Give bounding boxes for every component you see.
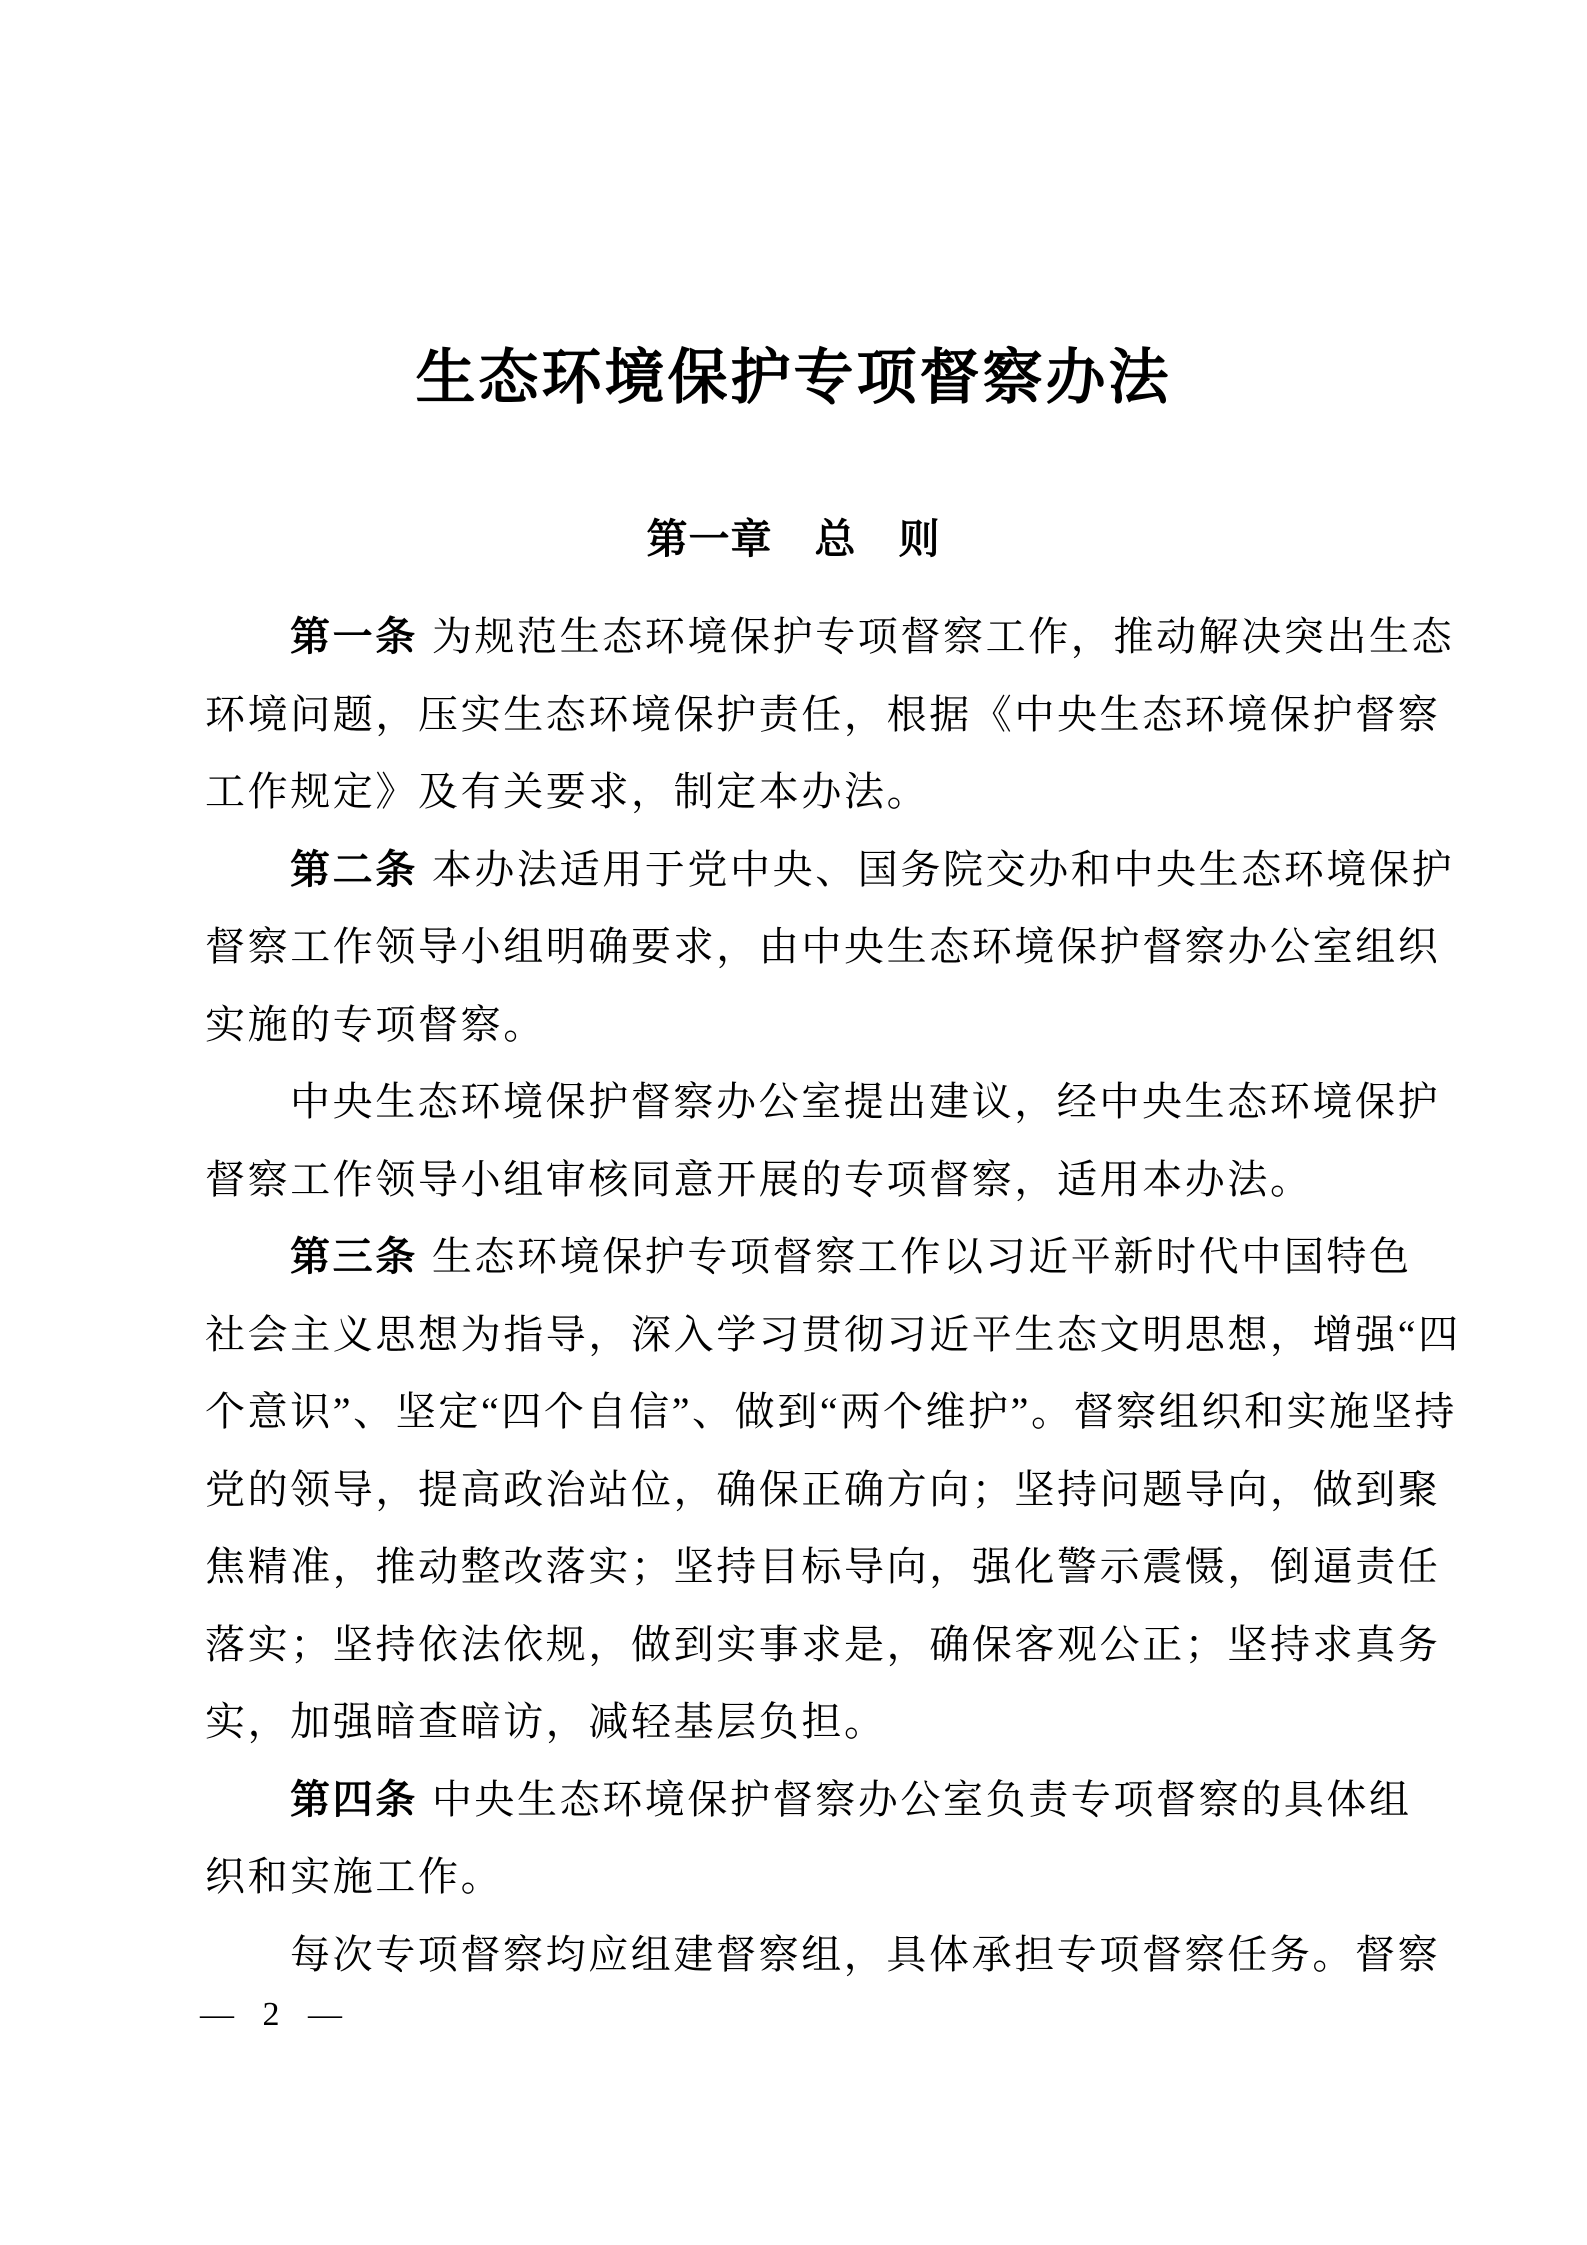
text-line: 工作规定》及有关要求，制定本办法。 bbox=[205, 753, 1497, 831]
text-line: 环境问题，压实生态环境保护责任，根据《中央生态环境保护督察 bbox=[205, 676, 1497, 754]
text-line: 每次专项督察均应组建督察组，具体承担专项督察任务。督察 bbox=[205, 1916, 1497, 1994]
line-text: 落实；坚持依法依规，做到实事求是，确保客观公正；坚持求真务 bbox=[205, 1622, 1440, 1667]
text-line: 个意识”、坚定“四个自信”、做到“两个维护”。督察组织和实施坚持 bbox=[205, 1373, 1497, 1451]
line-text: 党的领导，提高政治站位，确保正确方向；坚持问题导向，做到聚 bbox=[205, 1467, 1440, 1512]
text-line: 实施的专项督察。 bbox=[205, 986, 1497, 1064]
line-text: 督察工作领导小组审核同意开展的专项督察，适用本办法。 bbox=[205, 1157, 1313, 1202]
text-line: 党的领导，提高政治站位，确保正确方向；坚持问题导向，做到聚 bbox=[205, 1451, 1497, 1529]
line-text: 督察工作领导小组明确要求，由中央生态环境保护督察办公室组织 bbox=[205, 924, 1440, 969]
line-text: 个意识”、坚定“四个自信”、做到“两个维护”。督察组织和实施坚持 bbox=[205, 1389, 1457, 1434]
chapter-heading: 第一章 总 则 bbox=[0, 506, 1587, 565]
line-text: 每次专项督察均应组建督察组，具体承担专项督察任务。督察 bbox=[290, 1932, 1440, 1977]
line-text: 工作规定》及有关要求，制定本办法。 bbox=[205, 769, 929, 814]
line-text: 中央生态环境保护督察办公室提出建议，经中央生态环境保护 bbox=[290, 1079, 1440, 1124]
line-text: 织和实施工作。 bbox=[205, 1854, 503, 1899]
document-title: 生态环境保护专项督察办法 bbox=[0, 330, 1587, 416]
line-text: 本办法适用于党中央、国务院交办和中央生态环境保护 bbox=[432, 847, 1454, 892]
text-line: 社会主义思想为指导，深入学习贯彻习近平生态文明思想，增强“四 bbox=[205, 1296, 1497, 1374]
article-label: 第三条 bbox=[290, 1235, 418, 1279]
article-label: 第二条 bbox=[290, 848, 418, 892]
text-line: 督察工作领导小组明确要求，由中央生态环境保护督察办公室组织 bbox=[205, 908, 1497, 986]
text-line: 焦精准，推动整改落实；坚持目标导向，强化警示震慑，倒逼责任 bbox=[205, 1528, 1497, 1606]
page-number: — 2 — bbox=[200, 1996, 352, 2034]
text-line: 督察工作领导小组审核同意开展的专项督察，适用本办法。 bbox=[205, 1141, 1497, 1219]
text-line: 中央生态环境保护督察办公室提出建议，经中央生态环境保护 bbox=[205, 1063, 1497, 1141]
line-text: 为规范生态环境保护专项督察工作，推动解决突出生态 bbox=[432, 614, 1454, 659]
line-text: 中央生态环境保护督察办公室负责专项督察的具体组 bbox=[432, 1777, 1412, 1822]
text-line: 第三条生态环境保护专项督察工作以习近平新时代中国特色 bbox=[205, 1218, 1497, 1296]
line-text: 生态环境保护专项督察工作以习近平新时代中国特色 bbox=[432, 1234, 1412, 1279]
text-line: 实，加强暗查暗访，减轻基层负担。 bbox=[205, 1683, 1497, 1761]
text-line: 第四条中央生态环境保护督察办公室负责专项督察的具体组 bbox=[205, 1761, 1497, 1839]
article-label: 第一条 bbox=[290, 615, 418, 659]
text-line: 织和实施工作。 bbox=[205, 1838, 1497, 1916]
article-label: 第四条 bbox=[290, 1778, 418, 1822]
document-body: 第一条为规范生态环境保护专项督察工作，推动解决突出生态 环境问题，压实生态环境保… bbox=[205, 598, 1497, 1993]
line-text: 焦精准，推动整改落实；坚持目标导向，强化警示震慑，倒逼责任 bbox=[205, 1544, 1440, 1589]
line-text: 实，加强暗查暗访，减轻基层负担。 bbox=[205, 1699, 887, 1744]
text-line: 第一条为规范生态环境保护专项督察工作，推动解决突出生态 bbox=[205, 598, 1497, 676]
text-line: 第二条本办法适用于党中央、国务院交办和中央生态环境保护 bbox=[205, 831, 1497, 909]
line-text: 社会主义思想为指导，深入学习贯彻习近平生态文明思想，增强“四 bbox=[205, 1312, 1461, 1357]
document-page: 生态环境保护专项督察办法 第一章 总 则 第一条为规范生态环境保护专项督察工作，… bbox=[0, 0, 1587, 2245]
line-text: 环境问题，压实生态环境保护责任，根据《中央生态环境保护督察 bbox=[205, 692, 1440, 737]
text-line: 落实；坚持依法依规，做到实事求是，确保客观公正；坚持求真务 bbox=[205, 1606, 1497, 1684]
line-text: 实施的专项督察。 bbox=[205, 1002, 546, 1047]
